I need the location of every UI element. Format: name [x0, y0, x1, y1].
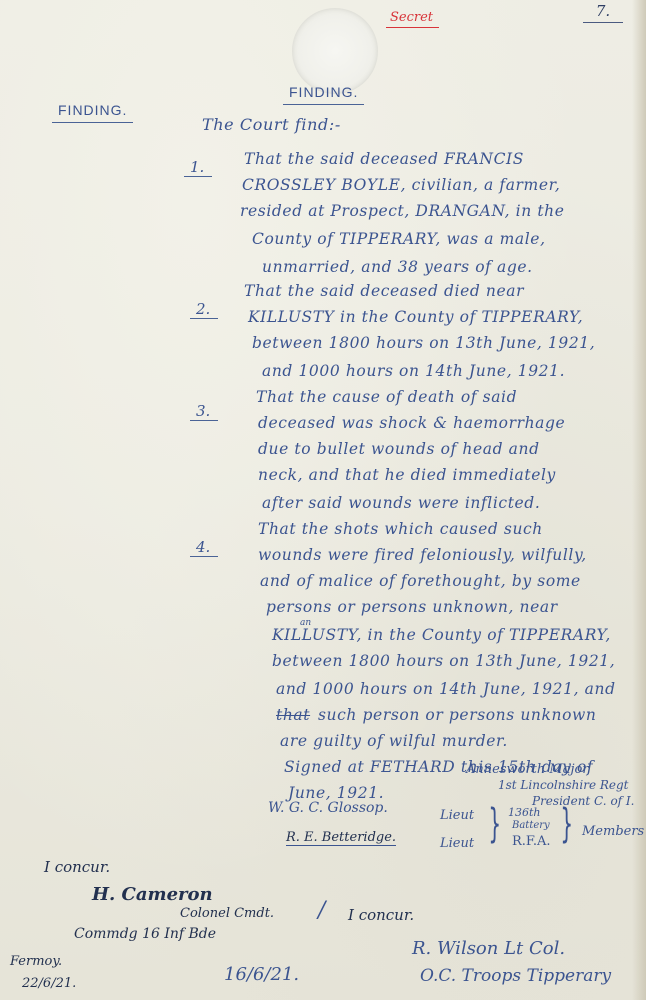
finding-2-number: 2. [190, 300, 218, 319]
finding-1-line-5: unmarried, and 38 years of age. [262, 258, 533, 276]
finding-4-line-9: are guilty of wilful murder. [280, 732, 508, 750]
finding-4-line-7: and 1000 hours on 14th June, 1921, and [276, 680, 616, 698]
embossed-seal-icon [292, 8, 378, 94]
president-role: President C. of I. [532, 794, 634, 808]
unit-line-3: R.F.A. [512, 834, 551, 849]
unit-line-2: Battery [512, 820, 550, 831]
member-rank-2: Lieut [440, 836, 474, 851]
finding-1-line-3: resided at Prospect, DRANGAN, in the [240, 202, 565, 220]
page-title: FINDING. [283, 84, 364, 105]
document-page: Secret 7. FINDING. FINDING. The Court fi… [0, 0, 646, 1000]
finding-4-line-8-rest: such person or persons unknown [318, 706, 596, 724]
finding-3-line-4: neck, and that he died immediately [258, 466, 556, 484]
brace-right-icon: } [560, 804, 573, 844]
brace-left-icon: } [488, 804, 501, 844]
president-signature: Annesworth Major [466, 762, 589, 777]
finding-2-line-2: KILLUSTY in the County of TIPPERARY, [248, 308, 583, 326]
page-edge-shadow [632, 0, 646, 1000]
president-regiment: 1st Lincolnshire Regt [498, 778, 629, 792]
concur-left-role: Commdg 16 Inf Bde [74, 926, 216, 942]
finding-1-line-1: That the said deceased FRANCIS [244, 150, 524, 168]
finding-2-line-1: That the said deceased died near [244, 282, 524, 300]
struck-word: that [276, 706, 310, 724]
finding-4-line-4: persons or persons unknown, near [266, 598, 558, 616]
finding-2-line-3: between 1800 hours on 13th June, 1921, [252, 334, 595, 352]
member-signature-2: R. E. Betteridge. [286, 830, 396, 846]
finding-3-line-1: That the cause of death of said [256, 388, 517, 406]
classification-mark: Secret [386, 10, 439, 28]
concur-right-text: I concur. [348, 906, 414, 924]
concur-left-signature: H. Cameron [92, 884, 213, 905]
finding-1-line-2: CROSSLEY BOYLE, civilian, a farmer, [242, 176, 560, 194]
finding-4-line-2: wounds were fired feloniously, wilfully, [258, 546, 587, 564]
concur-right-date: 16/6/21. [224, 964, 299, 985]
concur-left-date: 22/6/21. [22, 976, 76, 991]
member-rank-1: Lieut [440, 808, 474, 823]
margin-heading: FINDING. [52, 102, 133, 123]
finding-4-number: 4. [190, 538, 218, 557]
finding-3-line-2: deceased was shock & haemorrhage [258, 414, 565, 432]
finding-3-line-5: after said wounds were inflicted. [262, 494, 540, 512]
concur-left-place: Fermoy. [10, 954, 62, 969]
concur-left-signature-2: Colonel Cmdt. [180, 906, 274, 921]
finding-1-number: 1. [184, 158, 212, 177]
member-signature-1: W. G. C. Glossop. [268, 800, 388, 816]
finding-4-line-5: KILLUSTY, in the County of TIPPERARY, [272, 626, 611, 644]
finding-2-line-4: and 1000 hours on 14th June, 1921. [262, 362, 565, 380]
page-number: 7. [583, 2, 623, 23]
finding-4-line-1: That the shots which caused such [258, 520, 543, 538]
finding-3-number: 3. [190, 402, 218, 421]
intro-line: The Court find:- [202, 115, 341, 134]
concur-left-text: I concur. [44, 858, 110, 876]
unit-line-1: 136th [508, 806, 541, 819]
concur-right-role: O.C. Troops Tipperary [420, 966, 611, 986]
finding-1-line-4: County of TIPPERARY, was a male, [252, 230, 546, 248]
finding-4-line-3: and of malice of forethought, by some [260, 572, 581, 590]
finding-4-line-6: between 1800 hours on 13th June, 1921, [272, 652, 615, 670]
concur-right-signature: R. Wilson Lt Col. [412, 938, 565, 959]
members-label: Members [582, 824, 644, 839]
separator-slash: / [318, 898, 325, 923]
finding-3-line-3: due to bullet wounds of head and [258, 440, 540, 458]
finding-4-line-8: that [276, 706, 310, 724]
